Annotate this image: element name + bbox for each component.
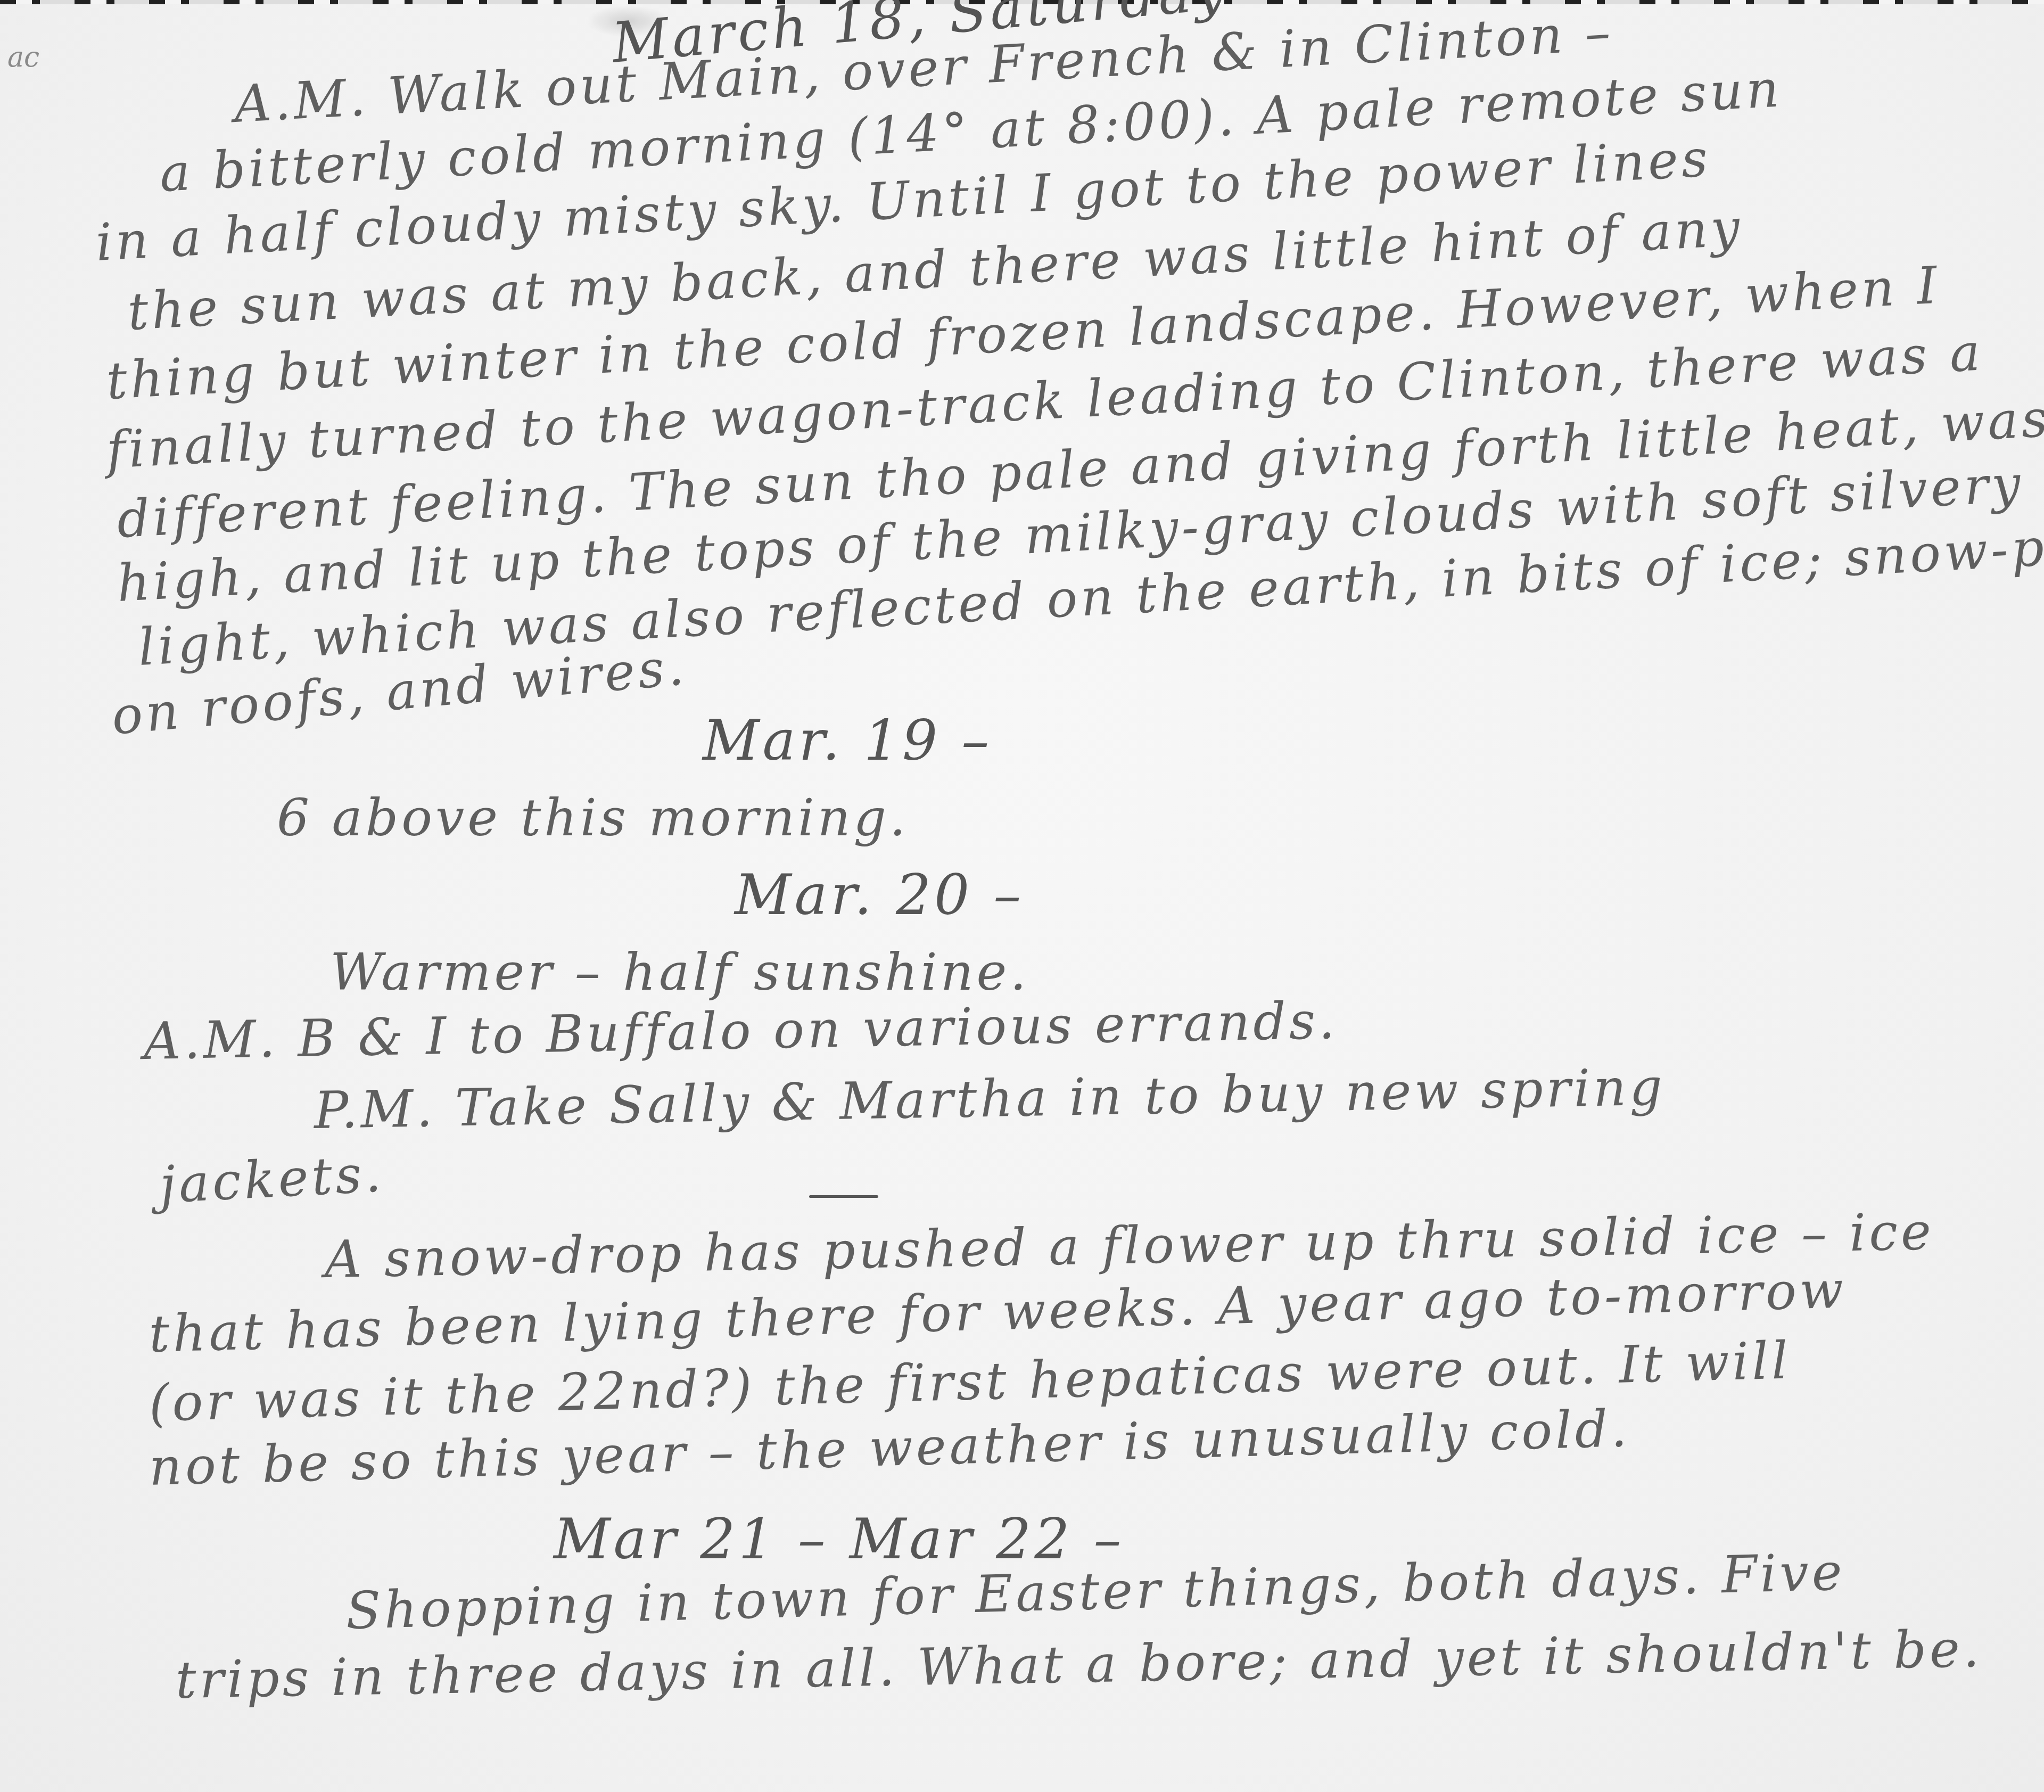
entry-line: P.M. Take Sally & Martha in to buy new s…: [314, 1057, 1666, 1140]
entry-date-mar-20: Mar. 20 –: [735, 862, 1024, 927]
section-divider: [809, 1195, 878, 1198]
entry-line: Warmer – half sunshine.: [330, 942, 1029, 1002]
entry-line: A.M. B & I to Buffalo on various errands…: [143, 991, 1338, 1071]
entry-date-mar-21-22: Mar 21 – Mar 22 –: [554, 1507, 1124, 1572]
entry-line: jackets.: [158, 1144, 385, 1215]
margin-mark: ac: [7, 42, 39, 73]
entry-date-mar-19: Mar. 19 –: [703, 708, 992, 773]
journal-page: ac March 18, Saturday – A.M. Walk out Ma…: [0, 0, 2044, 1792]
entry-line: 6 above this morning.: [277, 788, 909, 848]
